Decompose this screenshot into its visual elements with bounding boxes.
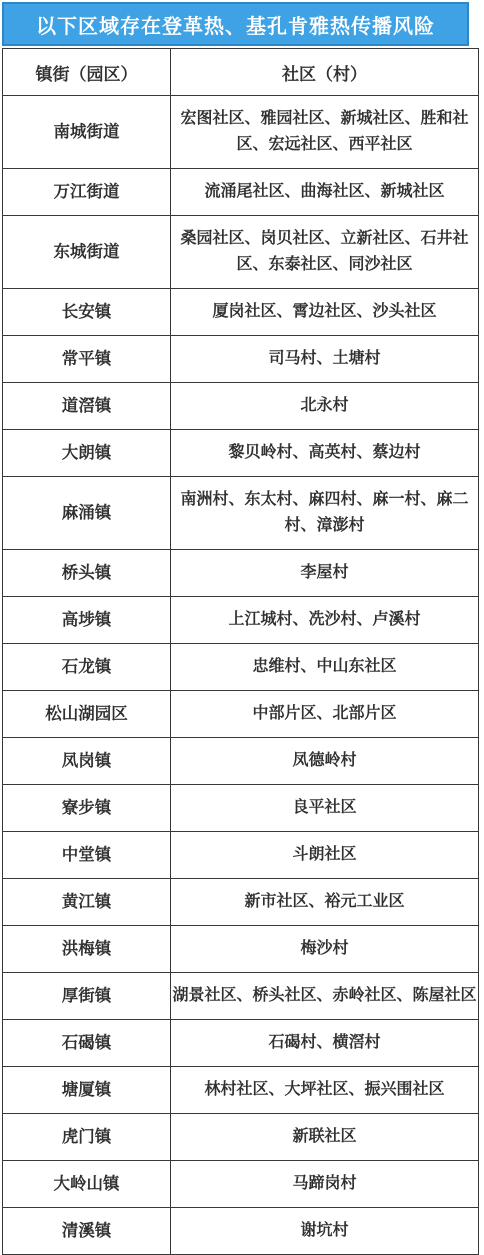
communities-cell: 中部片区、北部片区 [171, 691, 479, 738]
communities-cell: 李屋村 [171, 550, 479, 597]
communities-cell: 马蹄岗村 [171, 1161, 479, 1208]
communities-cell: 流涌尾社区、曲海社区、新城社区 [171, 169, 479, 216]
table-row: 东城街道桑园社区、岗贝社区、立新社区、石井社区、东泰社区、同沙社区 [3, 216, 479, 289]
town-cell: 寮步镇 [3, 785, 171, 832]
town-cell: 常平镇 [3, 336, 171, 383]
communities-cell: 良平社区 [171, 785, 479, 832]
communities-cell: 上江城村、冼沙村、卢溪村 [171, 597, 479, 644]
communities-cell: 南洲村、东太村、麻四村、麻一村、麻二村、漳澎村 [171, 477, 479, 550]
table-row: 清溪镇谢坑村 [3, 1208, 479, 1255]
communities-cell: 梅沙村 [171, 926, 479, 973]
town-cell: 大朗镇 [3, 430, 171, 477]
community-column-header: 社区（村） [171, 49, 479, 96]
communities-cell: 桑园社区、岗贝社区、立新社区、石井社区、东泰社区、同沙社区 [171, 216, 479, 289]
table-row: 常平镇司马村、土塘村 [3, 336, 479, 383]
communities-cell: 忠维村、中山东社区 [171, 644, 479, 691]
town-cell: 洪梅镇 [3, 926, 171, 973]
town-cell: 塘厦镇 [3, 1067, 171, 1114]
communities-cell: 斗朗社区 [171, 832, 479, 879]
header-row: 镇街（园区） 社区（村） [3, 49, 479, 96]
table-row: 大岭山镇马蹄岗村 [3, 1161, 479, 1208]
town-cell: 黄江镇 [3, 879, 171, 926]
banner-title: 以下区域存在登革热、基孔肯雅热传播风险 [36, 10, 435, 39]
communities-cell: 司马村、土塘村 [171, 336, 479, 383]
town-cell: 厚街镇 [3, 973, 171, 1020]
town-cell: 高埗镇 [3, 597, 171, 644]
communities-cell: 黎贝岭村、高英村、蔡边村 [171, 430, 479, 477]
table-row: 虎门镇新联社区 [3, 1114, 479, 1161]
table-row: 寮步镇良平社区 [3, 785, 479, 832]
communities-cell: 谢坑村 [171, 1208, 479, 1255]
communities-cell: 宏图社区、雅园社区、新城社区、胜和社区、宏远社区、西平社区 [171, 96, 479, 169]
table-row: 石龙镇忠维村、中山东社区 [3, 644, 479, 691]
table-row: 大朗镇黎贝岭村、高英村、蔡边村 [3, 430, 479, 477]
town-cell: 麻涌镇 [3, 477, 171, 550]
town-cell: 松山湖园区 [3, 691, 171, 738]
town-cell: 凤岗镇 [3, 738, 171, 785]
communities-cell: 北永村 [171, 383, 479, 430]
town-cell: 中堂镇 [3, 832, 171, 879]
town-cell: 万江街道 [3, 169, 171, 216]
table-row: 凤岗镇凤德岭村 [3, 738, 479, 785]
town-cell: 石碣镇 [3, 1020, 171, 1067]
table-row: 道滘镇北永村 [3, 383, 479, 430]
table-row: 万江街道流涌尾社区、曲海社区、新城社区 [3, 169, 479, 216]
table-row: 松山湖园区中部片区、北部片区 [3, 691, 479, 738]
town-cell: 虎门镇 [3, 1114, 171, 1161]
table-row: 厚街镇湖景社区、桥头社区、赤岭社区、陈屋社区 [3, 973, 479, 1020]
communities-cell: 凤德岭村 [171, 738, 479, 785]
table-row: 石碣镇石碣村、横滘村 [3, 1020, 479, 1067]
town-cell: 桥头镇 [3, 550, 171, 597]
communities-cell: 林村社区、大坪社区、振兴围社区 [171, 1067, 479, 1114]
table-header: 镇街（园区） 社区（村） [3, 49, 479, 96]
communities-cell: 新市社区、裕元工业区 [171, 879, 479, 926]
table-row: 中堂镇斗朗社区 [3, 832, 479, 879]
table-row: 塘厦镇林村社区、大坪社区、振兴围社区 [3, 1067, 479, 1114]
town-cell: 石龙镇 [3, 644, 171, 691]
table-row: 高埗镇上江城村、冼沙村、卢溪村 [3, 597, 479, 644]
communities-cell: 厦岗社区、霄边社区、沙头社区 [171, 289, 479, 336]
table-row: 洪梅镇梅沙村 [3, 926, 479, 973]
table-row: 麻涌镇南洲村、东太村、麻四村、麻一村、麻二村、漳澎村 [3, 477, 479, 550]
town-cell: 大岭山镇 [3, 1161, 171, 1208]
town-cell: 清溪镇 [3, 1208, 171, 1255]
town-cell: 长安镇 [3, 289, 171, 336]
table-row: 南城街道宏图社区、雅园社区、新城社区、胜和社区、宏远社区、西平社区 [3, 96, 479, 169]
risk-area-table: 镇街（园区） 社区（村） 南城街道宏图社区、雅园社区、新城社区、胜和社区、宏远社… [2, 48, 479, 1255]
communities-cell: 新联社区 [171, 1114, 479, 1161]
town-column-header: 镇街（园区） [3, 49, 171, 96]
table-row: 长安镇厦岗社区、霄边社区、沙头社区 [3, 289, 479, 336]
table-row: 黄江镇新市社区、裕元工业区 [3, 879, 479, 926]
town-cell: 东城街道 [3, 216, 171, 289]
table-row: 桥头镇李屋村 [3, 550, 479, 597]
town-cell: 南城街道 [3, 96, 171, 169]
communities-cell: 湖景社区、桥头社区、赤岭社区、陈屋社区 [171, 973, 479, 1020]
risk-banner: 以下区域存在登革热、基孔肯雅热传播风险 [2, 2, 469, 46]
town-cell: 道滘镇 [3, 383, 171, 430]
communities-cell: 石碣村、横滘村 [171, 1020, 479, 1067]
table-body: 南城街道宏图社区、雅园社区、新城社区、胜和社区、宏远社区、西平社区万江街道流涌尾… [3, 96, 479, 1255]
